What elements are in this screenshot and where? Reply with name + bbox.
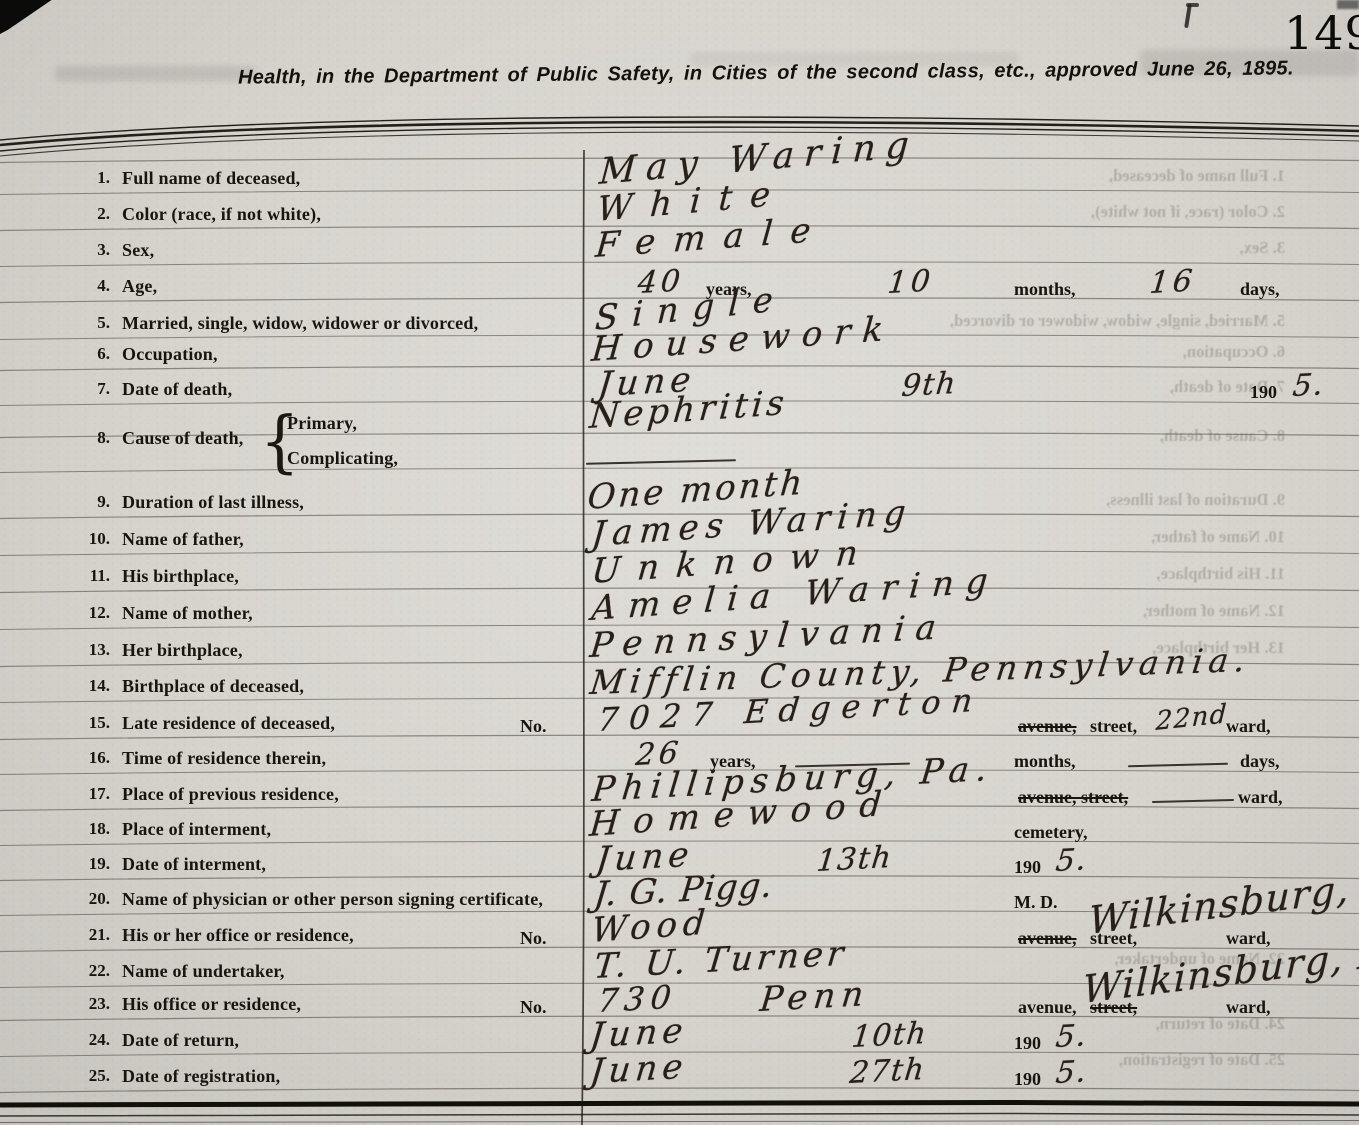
field-number: 10. [58,529,110,549]
field-number: 6. [58,344,110,364]
blank-dash [1152,799,1234,803]
bleedthrough-label: 8. Cause of death, [1005,426,1285,446]
field-label: Date of interment, [122,854,266,875]
field-label: Name of father, [122,529,244,550]
field-number: 25. [58,1066,110,1086]
printed-word: days, [1240,751,1280,772]
field-label: Married, single, widow, widower or divor… [122,313,478,334]
field-label: Place of interment, [122,819,271,840]
bleedthrough-smudge [55,66,255,81]
field-number: 11. [58,566,110,586]
field-label: Date of registration, [122,1066,280,1087]
field-label: Cause of death, [122,428,244,449]
bleedthrough-label: 12. Name of mother, [1005,601,1285,621]
field-number: 7. [58,379,110,399]
handwritten-entry: 5. [1054,1018,1089,1055]
field-label: Full name of deceased, [122,168,300,189]
printed-word: 190 [1014,857,1041,878]
bleedthrough-label: 1. Full name of deceased, [1005,166,1285,186]
field-number: 23. [58,994,110,1014]
field-label: Date of return, [122,1030,239,1051]
field-number: 21. [58,925,110,945]
printed-word: months, [1014,751,1076,772]
field-number: 8. [58,428,110,448]
death-register-page: 149 Health, in the Department of Public … [0,0,1359,1125]
field-label: Place of previous residence, [122,784,339,805]
handwritten-entry-overlay: Wilkinsburg, Pa. [1088,857,1359,943]
field-label: Time of residence therein, [122,748,326,769]
printed-word: No. [520,716,547,737]
field-label: Duration of last illness, [122,492,304,513]
field-number: 12. [58,603,110,623]
field-sublabel: Primary, [287,413,357,434]
field-number: 19. [58,854,110,874]
handwritten-entry: 5. [1054,842,1089,879]
bleedthrough-label: 9. Duration of last illness, [1005,490,1285,510]
field-number: 9. [58,492,110,512]
printed-word-struck: avenue, street, [1018,787,1128,808]
printed-word: No. [520,997,547,1018]
bleedthrough-label: 6. Occupation, [1005,342,1285,362]
field-number: 17. [58,784,110,804]
field-sublabel: Complicating, [287,448,398,469]
field-label: Date of death, [122,379,232,400]
handwritten-entry: 13th [815,840,894,879]
printed-word: months, [1014,279,1076,300]
field-label: Sex, [122,240,154,261]
printed-word: ward, [1226,997,1271,1018]
bleedthrough-label: 7. Date of death, [1005,377,1285,397]
bleedthrough-label: 3. Sex, [1005,238,1285,258]
field-label: Color (race, if not white), [122,204,321,225]
handwritten-entry: June [588,1047,690,1092]
field-number: 24. [58,1030,110,1050]
act-header: Health, in the Department of Public Safe… [238,57,1294,89]
handwritten-entry: Penn [758,974,871,1020]
handwritten-entry: 10th [850,1016,929,1055]
field-label: Name of undertaker, [122,961,285,982]
printed-word: 190 [1014,1033,1041,1054]
printed-word: days, [1240,279,1280,300]
printed-word: M. D. [1014,892,1058,913]
field-number: 22. [58,961,110,981]
bleedthrough-label: 25. Date of registration, [1005,1050,1285,1070]
field-label: Birthplace of deceased, [122,676,304,697]
printed-word: cemetery, [1014,822,1087,843]
blank-dash [586,459,736,465]
blank-dash [1128,763,1228,768]
field-number: 18. [58,819,110,839]
field-label: His office or residence, [122,994,301,1015]
field-label: Late residence of deceased, [122,713,335,734]
field-label: Age, [122,276,157,297]
bleedthrough-label: 11. His birthplace, [1005,564,1285,584]
handwritten-entry: 5. [1054,1054,1089,1091]
handwritten-entry: 16 [1148,263,1198,301]
field-number: 13. [58,640,110,660]
field-label: Name of mother, [122,603,253,624]
field-label: Her birthplace, [122,640,243,661]
printed-word: ward, [1238,787,1283,808]
printed-word: street, [1090,716,1137,737]
scan-corner-artifact [0,0,56,34]
printed-word: 190 [1014,1069,1041,1090]
field-number: 4. [58,276,110,296]
field-label: His or her office or residence, [122,925,354,946]
field-label: Name of physician or other person signin… [122,889,543,910]
printed-word: No. [520,928,547,949]
handwritten-entry: 9th [900,366,959,404]
handwritten-entry: 27th [848,1052,927,1091]
printed-word: avenue, [1018,997,1077,1018]
field-label: His birthplace, [122,566,239,587]
field-number: 20. [58,889,110,909]
field-number: 2. [58,204,110,224]
bleedthrough-label: 10. Name of father, [1005,527,1285,547]
printed-word-struck: avenue, [1018,928,1077,949]
field-number: 16. [58,748,110,768]
field-number: 5. [58,313,110,333]
scan-mark-artifact [1184,4,1192,28]
printed-word-struck: avenue, [1018,716,1077,737]
field-number: 14. [58,676,110,696]
printed-word: ward, [1226,716,1271,737]
handwritten-entry: 10 [886,263,936,301]
bleedthrough-label: 2. Color (race, if not white), [1005,202,1285,222]
handwritten-entry: 5. [1291,367,1326,404]
field-number: 15. [58,713,110,733]
handwritten-entry: 22nd [1155,699,1229,737]
field-label: Occupation, [122,344,218,365]
page-number: 149 [1284,6,1359,60]
scan-mark-artifact [1186,3,1199,7]
field-number: 1. [58,168,110,188]
field-number: 3. [58,240,110,260]
printed-word: 190 [1250,382,1277,403]
bleedthrough-label: 5. Married, single, widow, widower or di… [1005,311,1285,331]
